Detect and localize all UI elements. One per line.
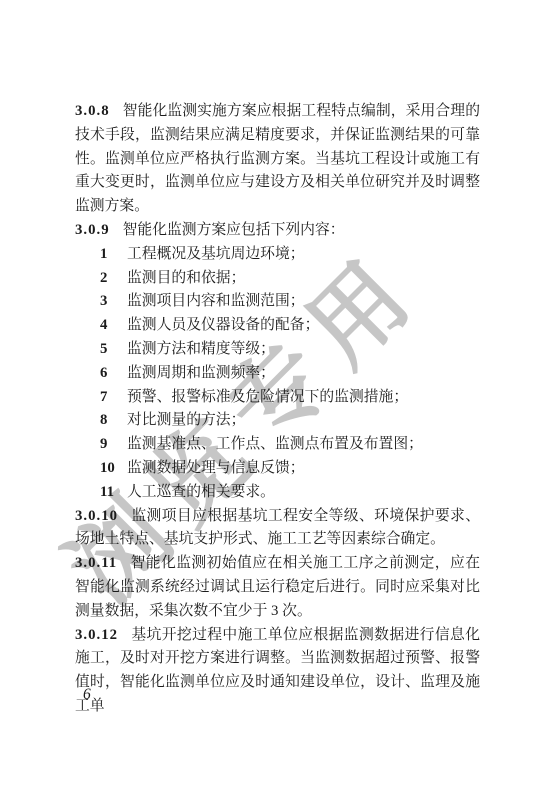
page-number: 6 [83, 686, 91, 704]
list-item-number: 2 [100, 267, 127, 291]
list-item-text: 对比测量的方法； [127, 412, 245, 428]
list-item-text: 监测基准点、工作点、监测点布置及布置图； [127, 436, 423, 452]
list-item: 4监测人员及仪器设备的配备； [75, 314, 480, 338]
list-item-number: 8 [100, 409, 127, 433]
clause-number: 3.0.12 [75, 627, 118, 643]
list-item: 6监测周期和监测频率； [75, 362, 480, 386]
list-item-number: 11 [100, 481, 127, 505]
document-page: 浏览专用 3.0.8智能化监测实施方案应根据工程特点编制，采用合理的技术手段，监… [0, 0, 551, 790]
list-item-text: 预警、报警标准及危险情况下的监测措施； [127, 389, 408, 405]
list-item-number: 4 [100, 314, 127, 338]
clause-3-0-12: 3.0.12基坑开挖过程中施工单位应根据监测数据进行信息化施工，及时对开挖方案进… [75, 624, 480, 719]
list-item: 5监测方法和精度等级； [75, 338, 480, 362]
clause-text: 智能化监测初始值应在相关施工工序之前测定，应在智能化监测系统经过调试且运行稳定后… [75, 555, 480, 619]
list-item-text: 监测人员及仪器设备的配备； [127, 317, 319, 333]
list-item: 1工程概况及基坑周边环境； [75, 243, 480, 267]
list-item-text: 监测周期和监测频率； [127, 365, 275, 381]
list-item-text: 监测目的和依据； [127, 270, 245, 286]
clause-number: 3.0.10 [75, 508, 118, 524]
list-item-text: 监测数据处理与信息反馈； [127, 460, 305, 476]
clause-3-0-11: 3.0.11智能化监测初始值应在相关施工工序之前测定，应在智能化监测系统经过调试… [75, 552, 480, 623]
list-item-number: 6 [100, 362, 127, 386]
clause-text: 智能化监测实施方案应根据工程特点编制，采用合理的技术手段，监测结果应满足精度要求… [75, 103, 480, 214]
page-content: 3.0.8智能化监测实施方案应根据工程特点编制，采用合理的技术手段，监测结果应满… [75, 100, 480, 719]
clause-3-0-10: 3.0.10监测项目应根据基坑工程安全等级、环境保护要求、场地土特点、基坑支护形… [75, 505, 480, 553]
clause-text: 基坑开挖过程中施工单位应根据监测数据进行信息化施工，及时对开挖方案进行调整。当监… [75, 627, 480, 714]
clause-number: 3.0.8 [75, 103, 110, 119]
list-item-text: 监测项目内容和监测范围； [127, 293, 305, 309]
list-item-text: 人工巡查的相关要求。 [127, 484, 275, 500]
clause-text: 监测项目应根据基坑工程安全等级、环境保护要求、场地土特点、基坑支护形式、施工工艺… [75, 508, 480, 548]
list-item: 9监测基准点、工作点、监测点布置及布置图； [75, 433, 480, 457]
list-item-number: 9 [100, 433, 127, 457]
list-item-number: 3 [100, 290, 127, 314]
list-item: 8对比测量的方法； [75, 409, 480, 433]
clause-3-0-8: 3.0.8智能化监测实施方案应根据工程特点编制，采用合理的技术手段，监测结果应满… [75, 100, 480, 219]
list-item-number: 10 [100, 457, 127, 481]
list-item: 7预警、报警标准及危险情况下的监测措施； [75, 386, 480, 410]
clause-3-0-9: 3.0.9智能化监测方案应包括下列内容： [75, 219, 480, 243]
clause-text: 智能化监测方案应包括下列内容： [123, 222, 345, 238]
list-item: 2监测目的和依据； [75, 267, 480, 291]
list-item-number: 1 [100, 243, 127, 267]
list-item-number: 7 [100, 386, 127, 410]
clause-number: 3.0.11 [75, 555, 117, 571]
list-item: 3监测项目内容和监测范围； [75, 290, 480, 314]
list-item: 10监测数据处理与信息反馈； [75, 457, 480, 481]
list-item-text: 监测方法和精度等级； [127, 341, 275, 357]
clause-number: 3.0.9 [75, 222, 110, 238]
list-item: 11人工巡查的相关要求。 [75, 481, 480, 505]
list-item-text: 工程概况及基坑周边环境； [127, 246, 305, 262]
list-item-number: 5 [100, 338, 127, 362]
